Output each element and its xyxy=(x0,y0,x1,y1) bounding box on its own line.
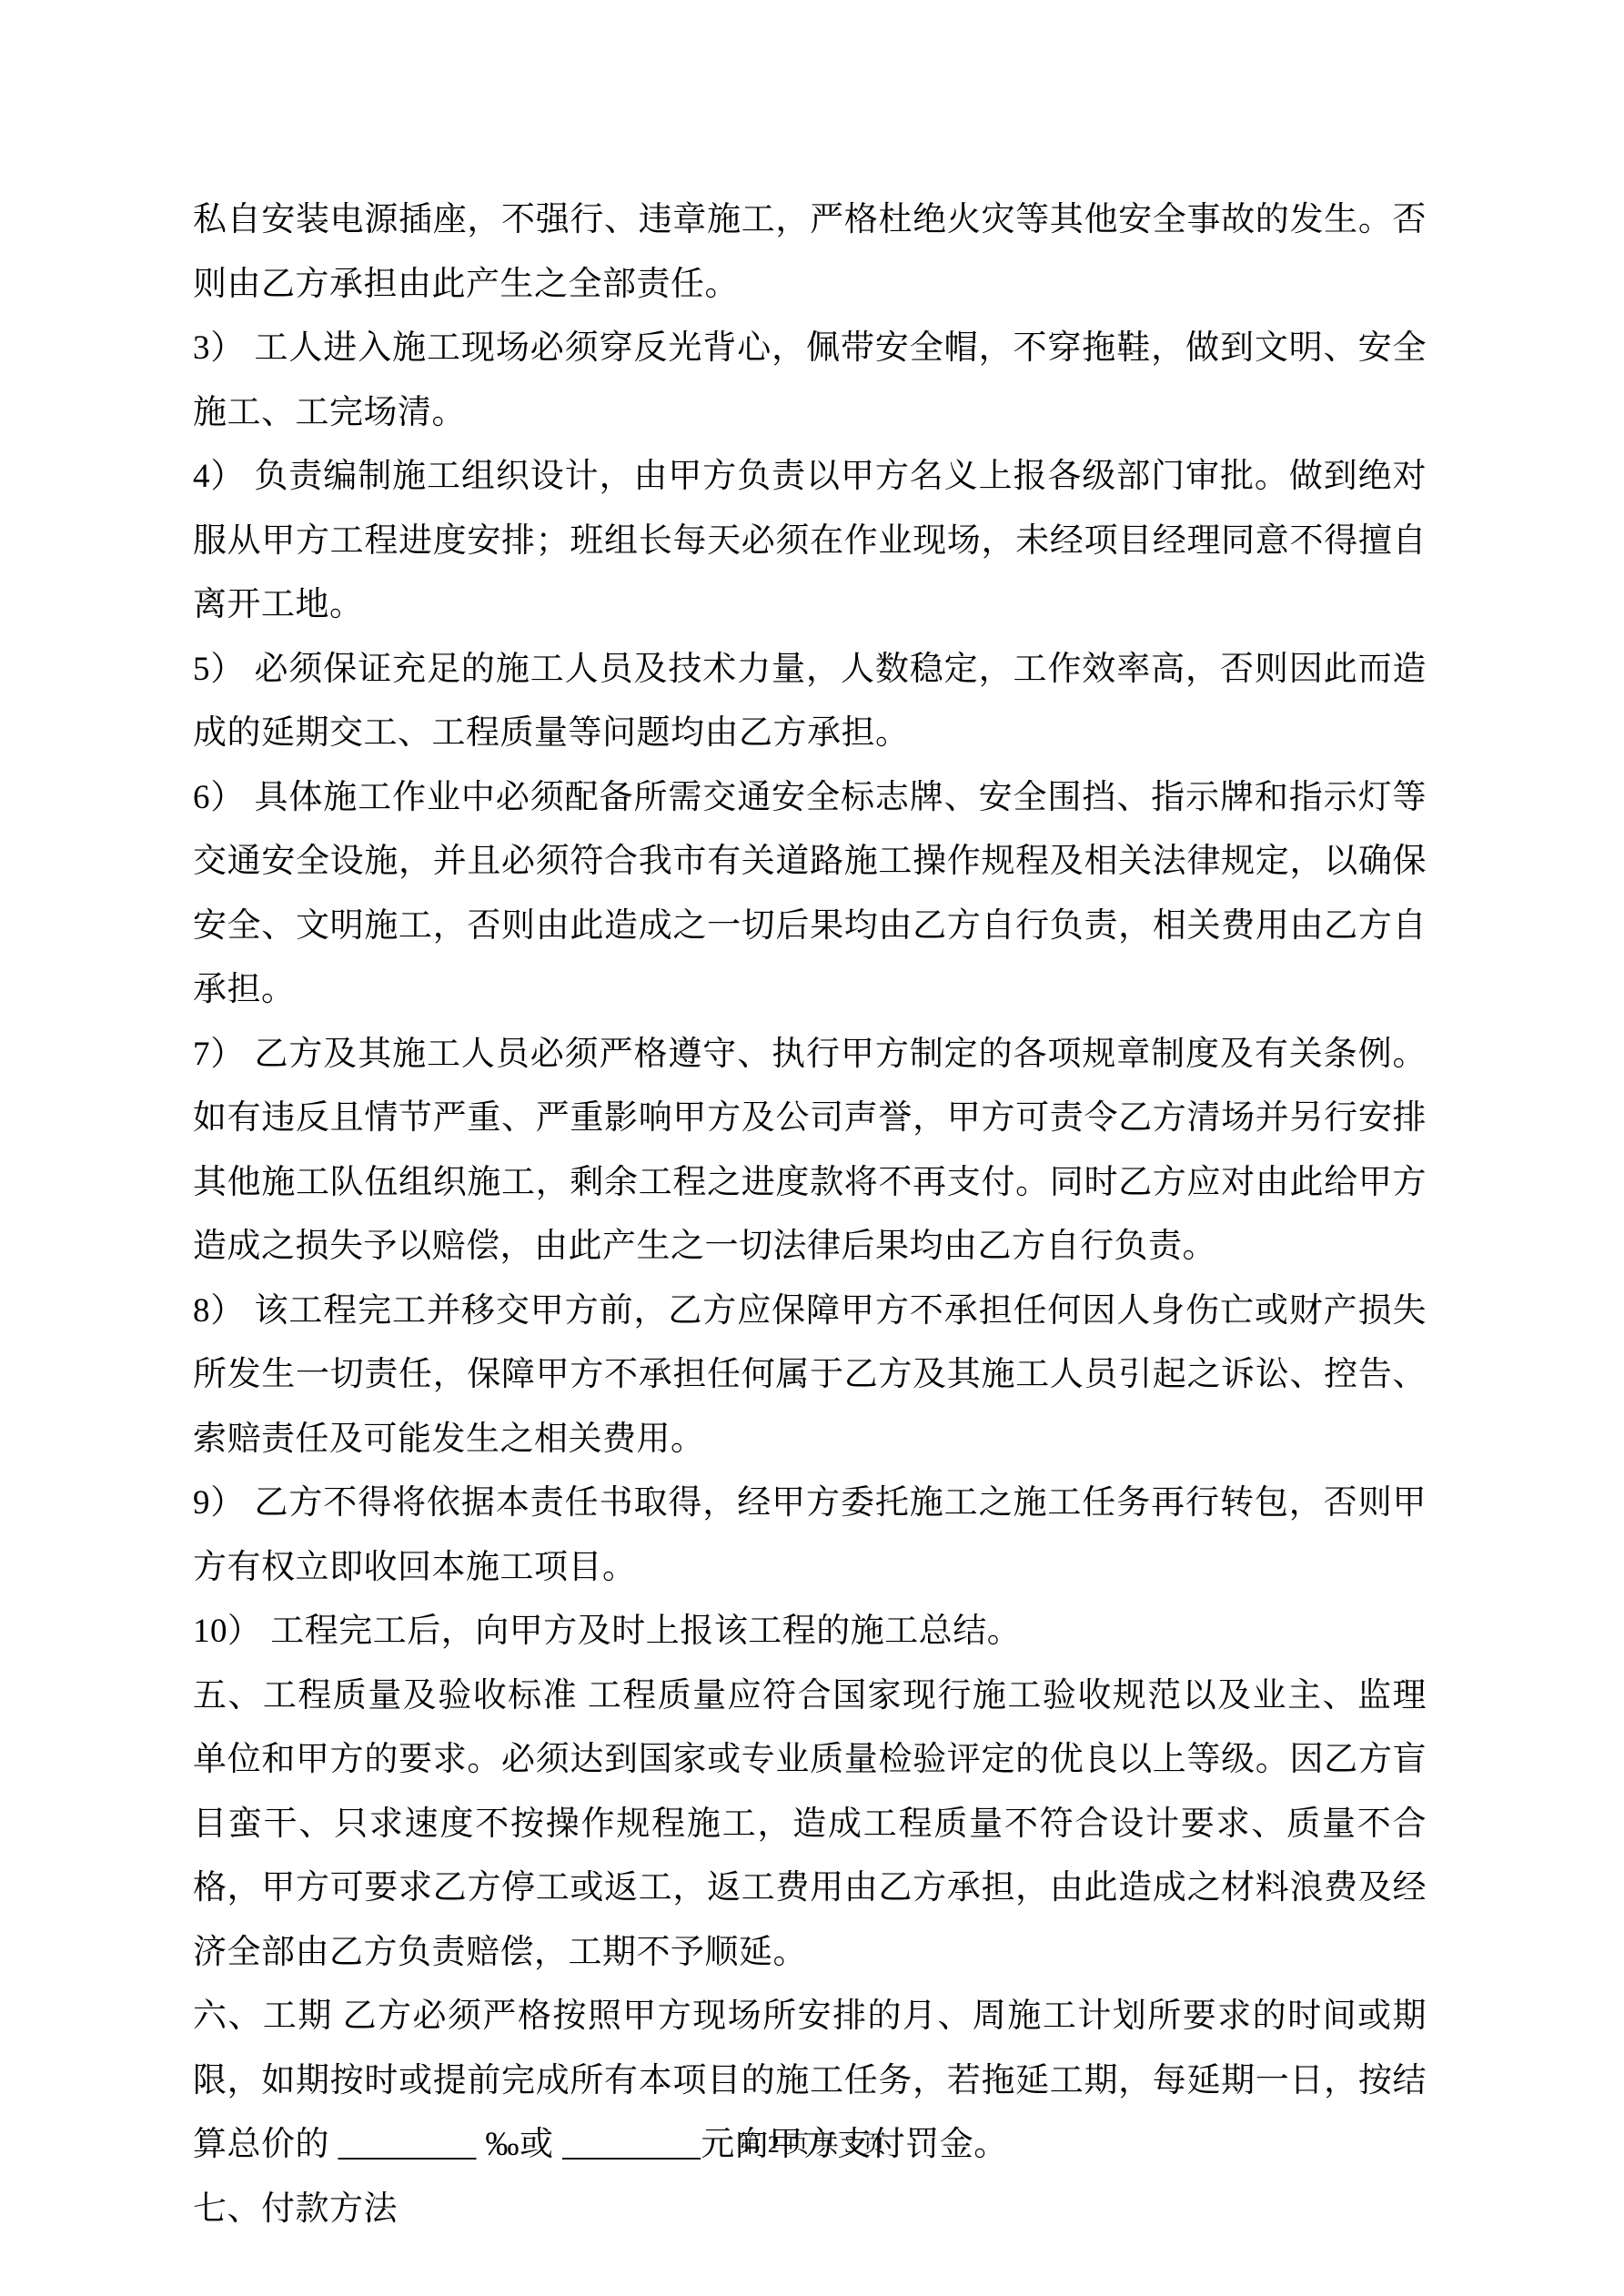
clause-2-continuation: 私自安装电源插座，不强行、违章施工，严格杜绝火灾等其他安全事故的发生。否则由乙方… xyxy=(193,188,1427,317)
clause-4: 4） 负责编制施工组织设计，由甲方负责以甲方名义上报各级部门审批。做到绝对服从甲… xyxy=(193,445,1427,638)
clause-5: 5） 必须保证充足的施工人员及技术力量，人数稳定，工作效率高，否则因此而造成的延… xyxy=(193,638,1427,766)
document-body: 私自安装电源插座，不强行、违章施工，严格杜绝火灾等其他安全事故的发生。否则由乙方… xyxy=(193,188,1427,2241)
clause-7: 7） 乙方及其施工人员必须严格遵守、执行甲方制定的各项规章制度及有关条例。如有违… xyxy=(193,1023,1427,1279)
clause-8: 8） 该工程完工并移交甲方前，乙方应保障甲方不承担任何因人身伤亡或财产损失所发生… xyxy=(193,1279,1427,1472)
section-5-quality-heading-and-body: 五、工程质量及验收标准 工程质量应符合国家现行施工验收规范以及业主、监理单位和甲… xyxy=(193,1664,1427,1986)
clause-6: 6） 具体施工作业中必须配备所需交通安全标志牌、安全围挡、指示牌和指示灯等交通安… xyxy=(193,766,1427,1023)
clause-10: 10） 工程完工后，向甲方及时上报该工程的施工总结。 xyxy=(193,1600,1427,1664)
page-footer: 第 2 页 共 3 页 xyxy=(0,2128,1624,2162)
section-7-payment-heading: 七、付款方法 xyxy=(193,2178,1427,2242)
clause-3: 3） 工人进入施工现场必须穿反光背心，佩带安全帽，不穿拖鞋，做到文明、安全施工、… xyxy=(193,317,1427,445)
document-page: { "doc": { "paragraphs": [ { "id": "clau… xyxy=(0,0,1624,2296)
clause-9: 9） 乙方不得将依据本责任书取得，经甲方委托施工之施工任务再行转包，否则甲方有权… xyxy=(193,1472,1427,1600)
